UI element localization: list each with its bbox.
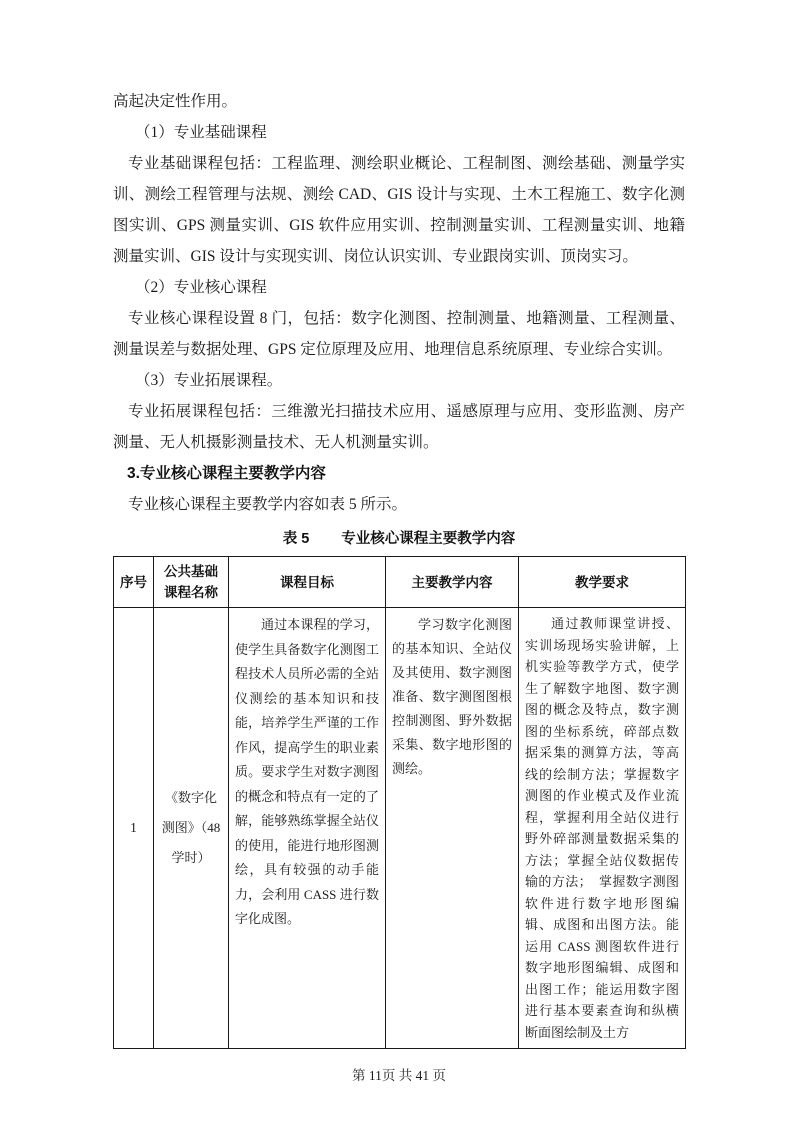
header-cell-content: 主要教学内容 xyxy=(386,557,519,608)
cell-teaching-content: 学习数字化测图的基本知识、全站仪及其使用、数字测图准备、数字测图图根控制测图、野… xyxy=(386,608,519,1049)
document-page: 高起决定性作用。 （1）专业基础课程 专业基础课程包括：工程监理、测绘职业概论、… xyxy=(0,0,793,1122)
course-table: 序号 公共基础课程名称 课程目标 主要教学内容 教学要求 1 《数字化测图》（4… xyxy=(113,556,686,1049)
table-caption: 表 5专业核心课程主要教学内容 xyxy=(113,528,685,550)
cell-course-goal: 通过本课程的学习，使学生具备数字化测图工程技术人员所必需的全站仪测绘的基本知识和… xyxy=(229,608,386,1049)
cell-row-number: 1 xyxy=(114,608,154,1049)
paragraph: 高起决定性作用。 xyxy=(113,86,685,117)
table-row: 1 《数字化测图》（48 学时） 通过本课程的学习，使学生具备数字化测图工程技术… xyxy=(114,608,686,1049)
section-heading: 3.专业核心课程主要教学内容 xyxy=(113,458,685,489)
table-caption-label: 表 5 xyxy=(283,531,310,547)
list-item-heading: （2）专业核心课程 xyxy=(113,272,685,303)
paragraph: 专业基础课程包括：工程监理、测绘职业概论、工程制图、测绘基础、测量学实训、测绘工… xyxy=(113,148,685,272)
header-cell-course-name: 公共基础课程名称 xyxy=(154,557,229,608)
page-content: 高起决定性作用。 （1）专业基础课程 专业基础课程包括：工程监理、测绘职业概论、… xyxy=(0,0,793,1086)
table-caption-title: 专业核心课程主要教学内容 xyxy=(341,531,515,547)
table-header-row: 序号 公共基础课程名称 课程目标 主要教学内容 教学要求 xyxy=(114,557,686,608)
header-cell-goal: 课程目标 xyxy=(229,557,386,608)
paragraph: 专业核心课程设置 8 门，包括：数字化测图、控制测量、地籍测量、工程测量、测量误… xyxy=(113,303,685,365)
header-cell-no: 序号 xyxy=(114,557,154,608)
cell-teaching-requirement: 通过教师课堂讲授、实训场现场实验讲解，上机实验等教学方式，使学生了解数字地图、数… xyxy=(519,608,686,1049)
paragraph: 专业核心课程主要教学内容如表 5 所示。 xyxy=(113,489,685,520)
paragraph: 专业拓展课程包括：三维激光扫描技术应用、遥感原理与应用、变形监测、房产测量、无人… xyxy=(113,396,685,458)
header-cell-requirement: 教学要求 xyxy=(519,557,686,608)
cell-course-name: 《数字化测图》（48 学时） xyxy=(154,608,229,1049)
list-item-heading: （1）专业基础课程 xyxy=(113,117,685,148)
list-item-heading: （3）专业拓展课程。 xyxy=(113,365,685,396)
page-footer: 第 11页 共 41 页 xyxy=(113,1065,685,1086)
